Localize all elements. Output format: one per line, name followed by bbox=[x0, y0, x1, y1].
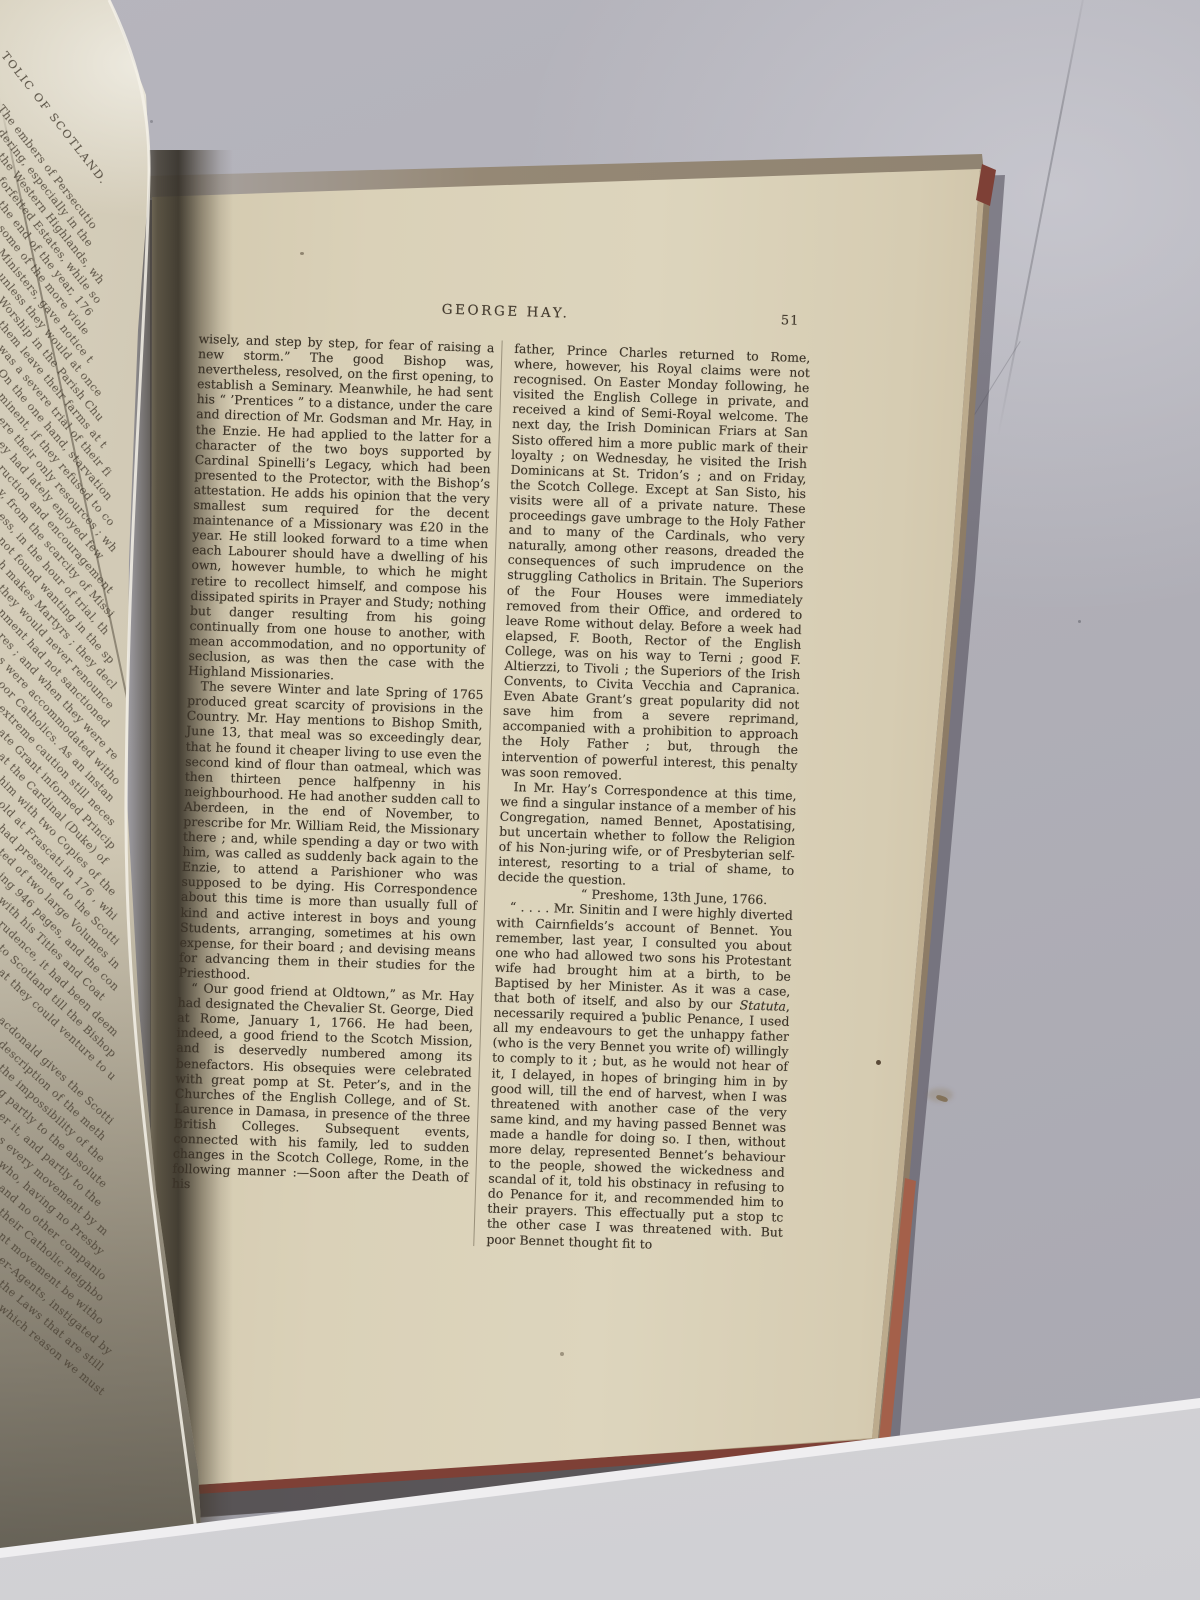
text-segment: “ Our good friend at Oldtown,” as Mr. Ha… bbox=[172, 980, 474, 1191]
text-segment: wisely, and step by step, for fear of ra… bbox=[188, 331, 495, 682]
paragraph: “ . . . . Mr. Sinitin and I were highly … bbox=[486, 899, 793, 1255]
book-photo-canvas: TOLIC OF SCOTLAND. The embers of Persecu… bbox=[0, 0, 1200, 1600]
page-speck bbox=[876, 1060, 881, 1065]
paragraph: “ Our good friend at Oldtown,” as Mr. Ha… bbox=[172, 980, 474, 1201]
paragraph: father, Prince Charles returned to Rome,… bbox=[501, 341, 811, 788]
text-segment: Statuta bbox=[740, 997, 787, 1013]
left-text-column: wisely, and step by step, for fear of ra… bbox=[172, 331, 495, 1200]
text-segment: “ . . . . Mr. Sinitin and I were highly … bbox=[494, 900, 793, 1013]
paragraph: wisely, and step by step, for fear of ra… bbox=[188, 331, 495, 687]
background-speck bbox=[150, 120, 153, 123]
paragraph: The severe Winter and late Spring of 176… bbox=[178, 678, 483, 989]
text-segment: father, Prince Charles returned to Rome,… bbox=[501, 341, 811, 782]
background-speck bbox=[1078, 620, 1081, 623]
paragraph: In Mr. Hay’s Correspondence at this time… bbox=[498, 778, 797, 893]
page-speck bbox=[642, 1012, 645, 1015]
text-segment: In Mr. Hay’s Correspondence at this time… bbox=[498, 779, 797, 888]
page-number: 51 bbox=[781, 313, 800, 329]
page-speck bbox=[300, 252, 304, 255]
page-speck bbox=[560, 1352, 564, 1356]
text-segment: , necessarily required a public Penance,… bbox=[486, 999, 790, 1251]
text-segment: The severe Winter and late Spring of 176… bbox=[178, 678, 483, 981]
right-text-column: father, Prince Charles returned to Rome,… bbox=[473, 340, 810, 1255]
